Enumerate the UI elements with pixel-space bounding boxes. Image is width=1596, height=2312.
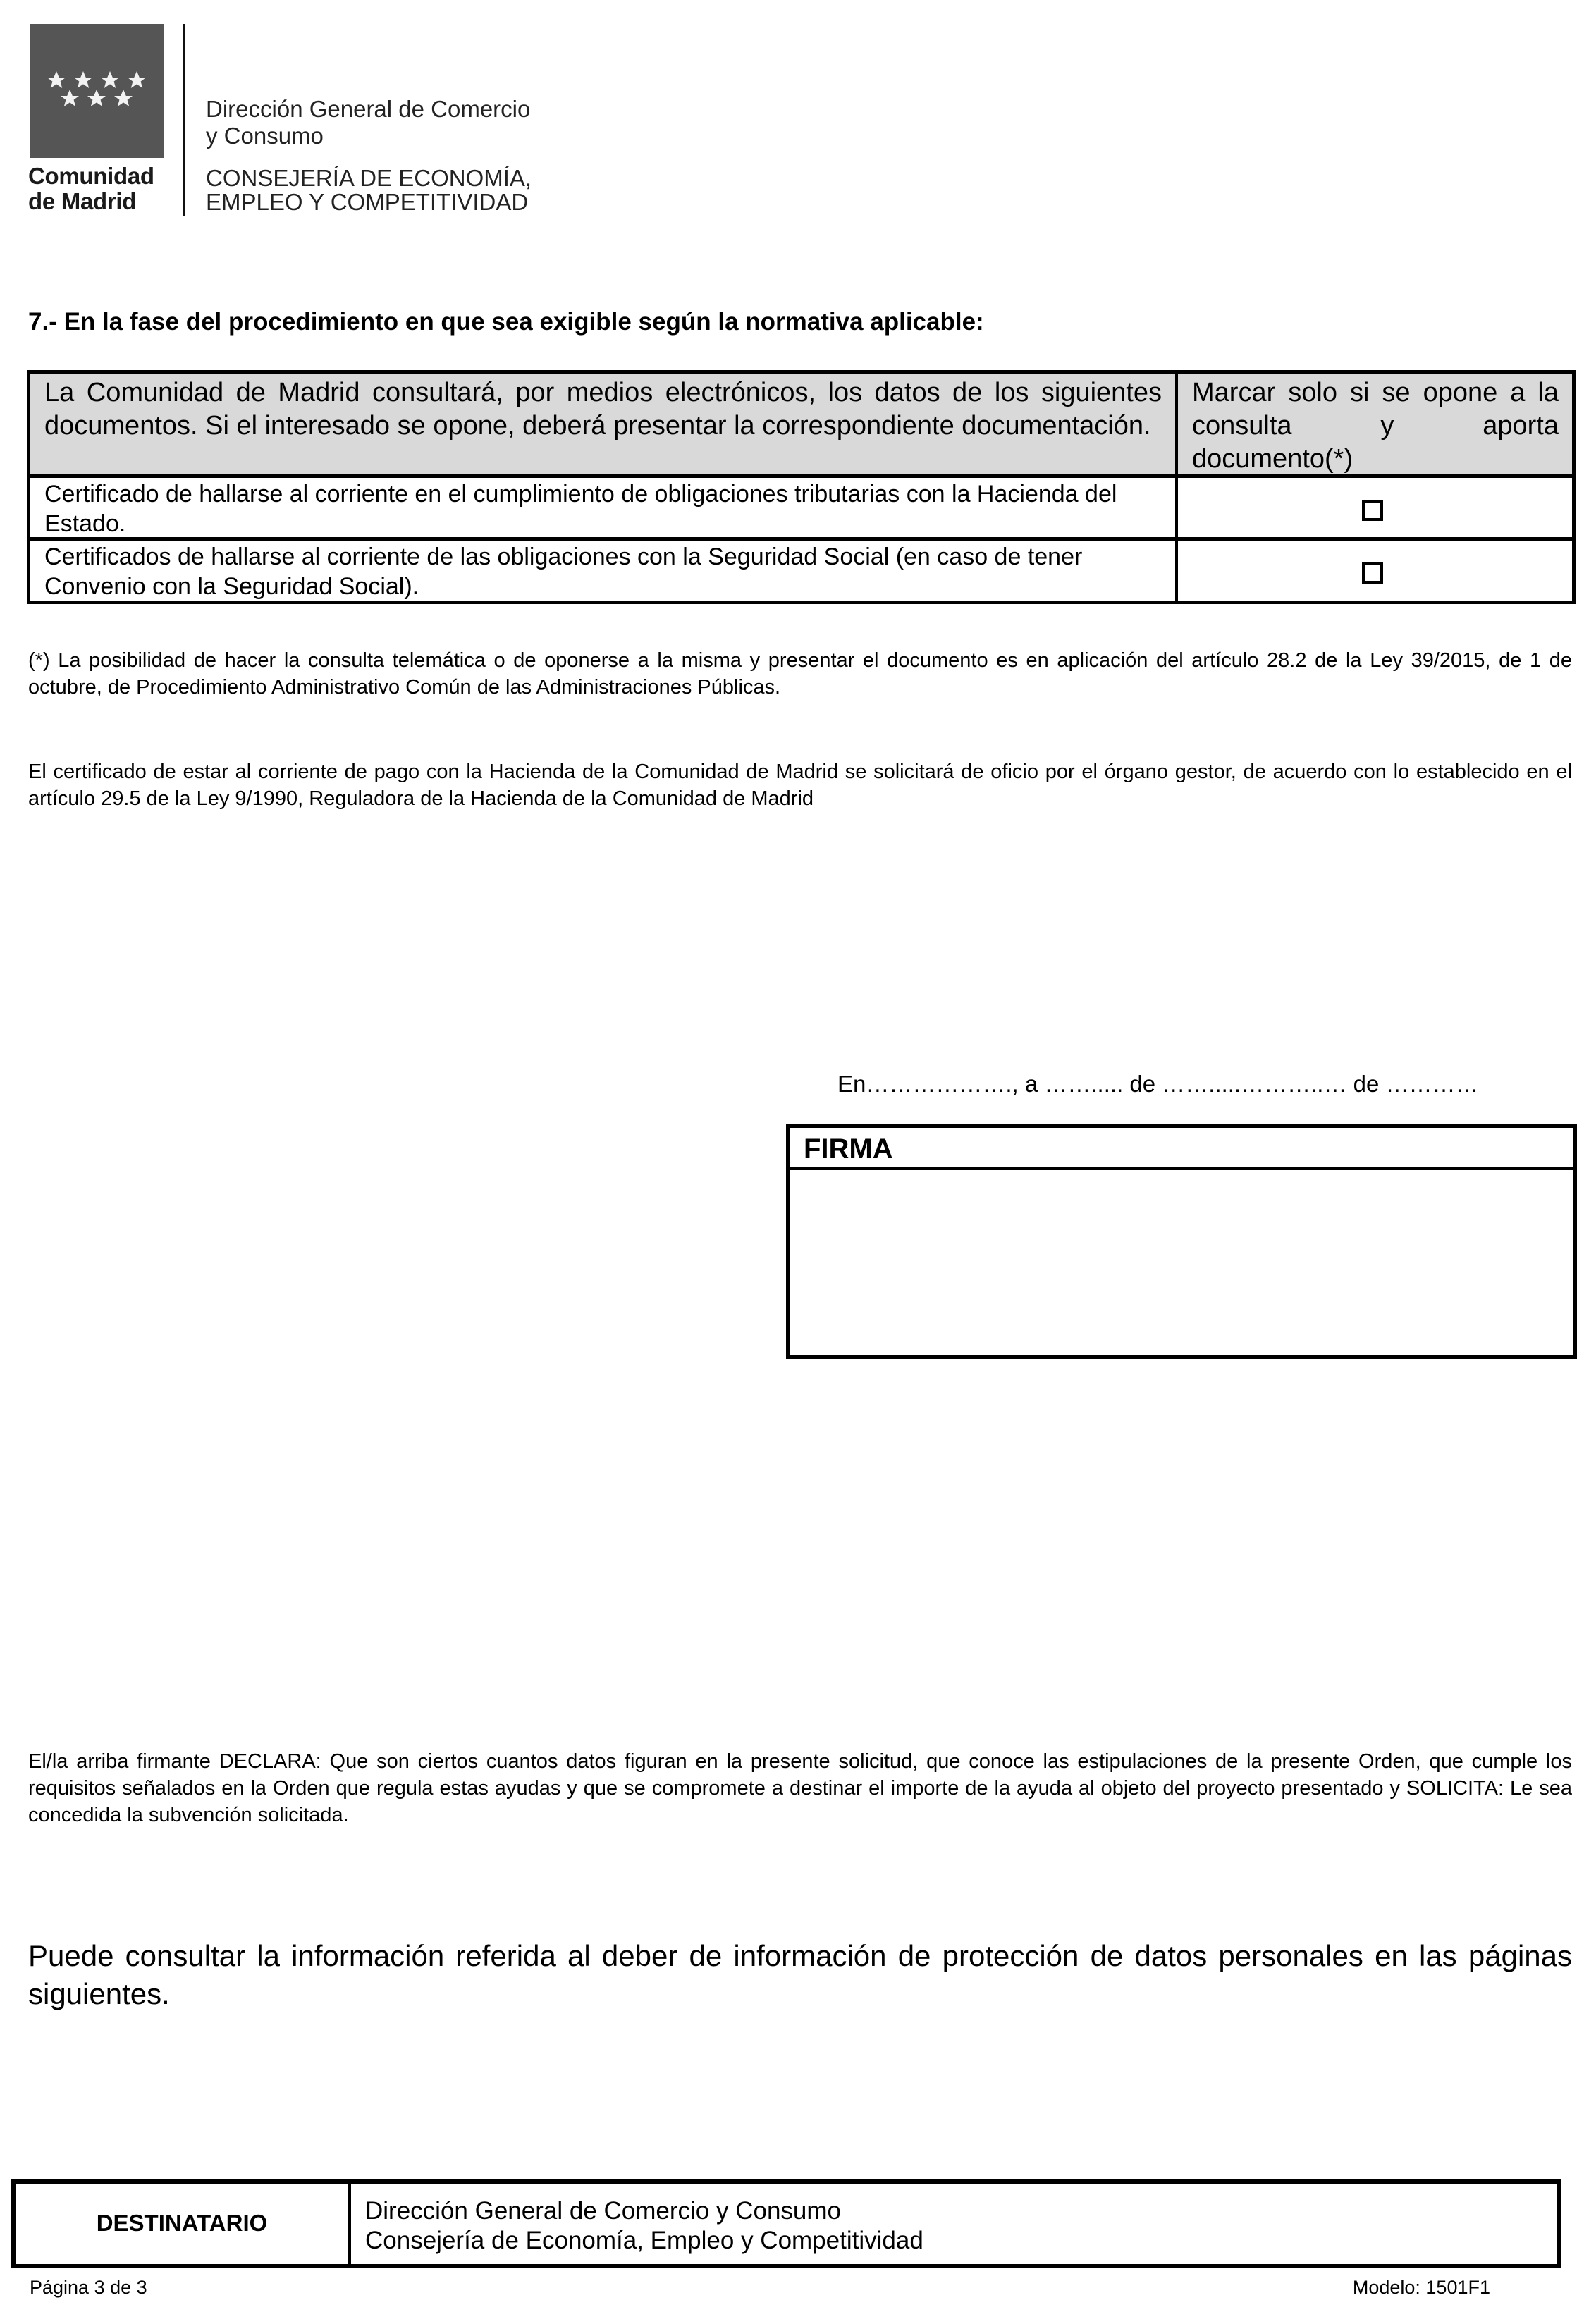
org-name-line2: y Consumo [206,123,324,149]
seven-stars-icon [30,24,164,158]
recipient-divider [348,2184,351,2264]
section-title: 7.- En la fase del procedimiento en que … [28,307,984,337]
oppose-checkbox-hacienda[interactable] [1362,500,1383,521]
recipient-line1: Dirección General de Comercio y Consumo [365,2196,923,2226]
logo-name-line2: de Madrid [28,189,169,214]
header-divider [183,24,185,216]
page-number: Página 3 de 3 [30,2275,147,2299]
recipient-line2: Consejería de Economía, Empleo y Competi… [365,2226,923,2256]
dept-name-line1: CONSEJERÍA DE ECONOMÍA, [206,165,532,192]
solicita-keyword: SOLICITA: [1406,1777,1504,1800]
logo-wordmark: Comunidad de Madrid [28,164,169,214]
row-document-text: Certificado de hallarse al corriente en … [44,479,1144,539]
signature-box: FIRMA [786,1124,1577,1359]
recipient-box: DESTINATARIO Dirección General de Comerc… [11,2179,1561,2268]
table-row: Certificado de hallarse al corriente en … [30,478,1572,541]
declaration-part1: El/la arriba firmante [28,1750,219,1773]
declaration-text: El/la arriba firmante DECLARA: Que son c… [28,1748,1572,1828]
dept-name-line2: EMPLEO Y COMPETITIVIDAD [206,189,528,216]
logo-name-line1: Comunidad [28,164,169,189]
table-row: Certificados de hallarse al corriente de… [30,541,1572,601]
place-date-line[interactable]: En………………., a ……..... de …….....………..… de… [837,1070,1479,1098]
header-right-text: Marcar solo si se opone a la consulta y … [1192,376,1559,476]
signature-box-header: FIRMA [790,1128,1573,1170]
signature-label: FIRMA [804,1133,893,1164]
hacienda-madrid-note: El certificado de estar al corriente de … [28,758,1572,812]
recipient-address: Dirección General de Comercio y Consumo … [365,2196,923,2256]
declara-keyword: DECLARA: [219,1750,321,1773]
column-divider [1175,374,1178,601]
comunidad-madrid-logo [30,24,164,158]
footnote-text: (*) La posibilidad de hacer la consulta … [28,647,1572,701]
header-right-cell: Marcar solo si se opone a la consulta y … [1192,376,1596,476]
oppose-checkbox-seguridad-social[interactable] [1362,562,1383,584]
recipient-label: DESTINATARIO [16,2209,348,2237]
row-document-text: Certificados de hallarse al corriente de… [44,542,1144,601]
org-name-line1: Dirección General de Comercio [206,96,530,123]
consent-table-header: La Comunidad de Madrid consultará, por m… [30,374,1572,478]
model-number: Modelo: 1501F1 [1353,2275,1490,2299]
privacy-notice: Puede consultar la información referida … [28,1937,1572,2013]
header-left-text: La Comunidad de Madrid consultará, por m… [44,376,1162,443]
signature-area[interactable] [790,1170,1573,1355]
consent-table: La Comunidad de Madrid consultará, por m… [27,370,1576,604]
